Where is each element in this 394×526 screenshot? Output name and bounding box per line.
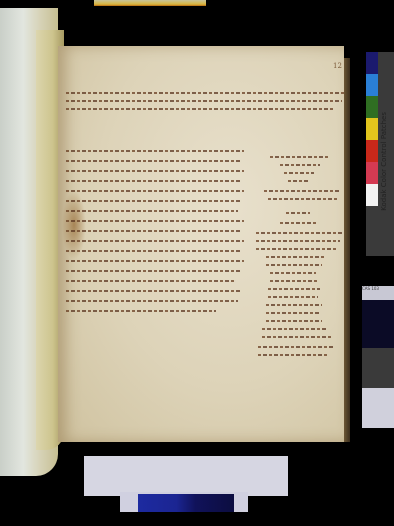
bottom-paper-strip <box>84 456 288 496</box>
book-edge <box>344 58 350 442</box>
bottom-color-bar <box>138 494 234 512</box>
kodak-color-chart: Kodak Color Control Patches <box>366 52 394 256</box>
top-tab <box>94 0 206 6</box>
gray-card-label: CAS 103 <box>362 286 394 300</box>
folio-number: 12 <box>333 62 342 70</box>
manuscript-page <box>58 46 344 442</box>
gray-card: CAS 103 <box>362 286 394 428</box>
kodak-label: Kodak Color Control Patches <box>380 112 388 211</box>
